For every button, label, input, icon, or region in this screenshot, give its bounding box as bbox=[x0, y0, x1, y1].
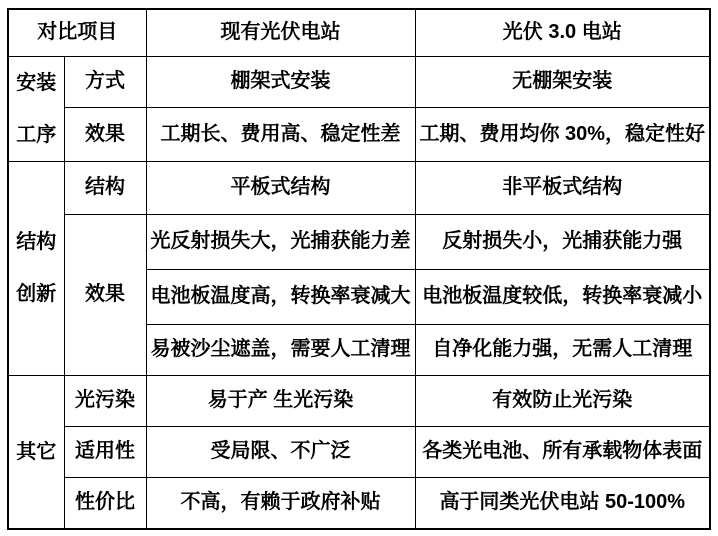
group-structure-line1: 结构 bbox=[11, 216, 62, 268]
table-row: 安装 工序 方式 棚架式安装 无棚架安装 bbox=[8, 56, 710, 108]
label-install-method: 方式 bbox=[64, 56, 146, 108]
table-header-row: 对比项目 现有光伏电站 光伏 3.0 电站 bbox=[8, 9, 710, 56]
group-others: 其它 bbox=[8, 375, 64, 529]
table-row: 效果 工期长、费用高、稳定性差 工期、费用均你 30%，稳定性好 bbox=[8, 108, 710, 161]
group-install-line1: 安装 bbox=[11, 57, 62, 109]
cell-pv3-applicability: 各类光电池、所有承载物体表面 bbox=[415, 426, 710, 477]
table-row: 结构 创新 结构 平板式结构 非平板式结构 bbox=[8, 161, 710, 214]
label-structure-effect: 效果 bbox=[64, 214, 146, 375]
cell-pv3-install-method: 无棚架安装 bbox=[415, 56, 710, 108]
cell-pv3-light-pollution: 有效防止光污染 bbox=[415, 375, 710, 426]
header-project: 对比项目 bbox=[8, 9, 146, 56]
page: 对比项目 现有光伏电站 光伏 3.0 电站 安装 工序 方式 棚架式安装 无棚架… bbox=[0, 0, 718, 536]
group-structure-innovation: 结构 创新 bbox=[8, 161, 64, 375]
table-row: 性价比 不高，有赖于政府补贴 高于同类光伏电站 50-100% bbox=[8, 477, 710, 529]
cell-pv3-install-effect: 工期、费用均你 30%，稳定性好 bbox=[415, 108, 710, 161]
cell-pv3-structure: 非平板式结构 bbox=[415, 161, 710, 214]
cell-existing-reflection: 光反射损失大，光捕获能力差 bbox=[146, 214, 415, 269]
cell-existing-applicability: 受局限、不广泛 bbox=[146, 426, 415, 477]
cell-pv3-temperature: 电池板温度较低，转换率衰减小 bbox=[415, 269, 710, 324]
label-light-pollution: 光污染 bbox=[64, 375, 146, 426]
cell-existing-install-method: 棚架式安装 bbox=[146, 56, 415, 108]
group-structure-line2: 创新 bbox=[11, 268, 62, 320]
cell-pv3-reflection: 反射损失小，光捕获能力强 bbox=[415, 214, 710, 269]
comparison-table: 对比项目 现有光伏电站 光伏 3.0 电站 安装 工序 方式 棚架式安装 无棚架… bbox=[7, 8, 711, 530]
label-applicability: 适用性 bbox=[64, 426, 146, 477]
table-row: 效果 光反射损失大，光捕获能力差 反射损失小，光捕获能力强 bbox=[8, 214, 710, 269]
cell-existing-cost-performance: 不高，有赖于政府补贴 bbox=[146, 477, 415, 529]
label-install-effect: 效果 bbox=[64, 108, 146, 161]
cell-pv3-cost-performance: 高于同类光伏电站 50-100% bbox=[415, 477, 710, 529]
table-row: 适用性 受局限、不广泛 各类光电池、所有承载物体表面 bbox=[8, 426, 710, 477]
group-others-line1: 其它 bbox=[11, 426, 62, 478]
group-install-process: 安装 工序 bbox=[8, 56, 64, 161]
cell-existing-temperature: 电池板温度高，转换率衰减大 bbox=[146, 269, 415, 324]
table-row: 其它 光污染 易于产 生光污染 有效防止光污染 bbox=[8, 375, 710, 426]
header-pv3-station: 光伏 3.0 电站 bbox=[415, 9, 710, 56]
cell-existing-install-effect: 工期长、费用高、稳定性差 bbox=[146, 108, 415, 161]
cell-pv3-dust: 自净化能力强，无需人工清理 bbox=[415, 324, 710, 375]
label-structure: 结构 bbox=[64, 161, 146, 214]
header-existing-station: 现有光伏电站 bbox=[146, 9, 415, 56]
cell-existing-light-pollution: 易于产 生光污染 bbox=[146, 375, 415, 426]
cell-existing-dust: 易被沙尘遮盖，需要人工清理 bbox=[146, 324, 415, 375]
group-install-line2: 工序 bbox=[11, 109, 62, 161]
label-cost-performance: 性价比 bbox=[64, 477, 146, 529]
cell-existing-structure: 平板式结构 bbox=[146, 161, 415, 214]
